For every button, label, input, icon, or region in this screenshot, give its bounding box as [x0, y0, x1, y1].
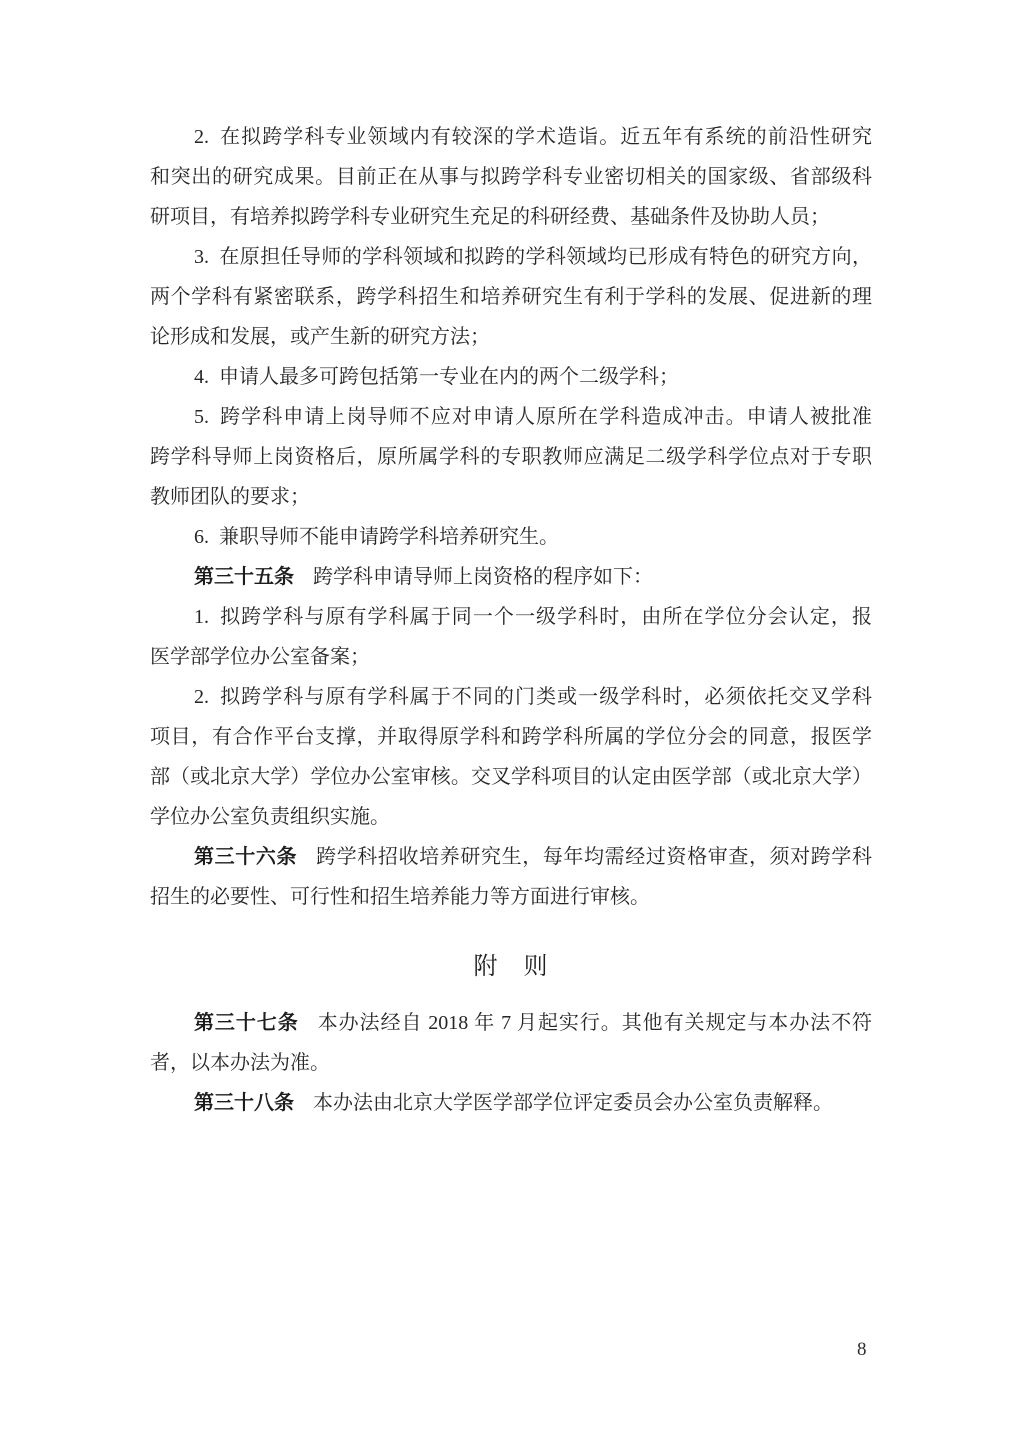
text-line: 第三十七条本办法经自 2018 年 7 月起实行。其他有关规定与本办法不符 [150, 1003, 872, 1043]
text-line: 5. 跨学科申请上岗导师不应对申请人原所在学科造成冲击。申请人被批准 [150, 397, 872, 437]
text-line: 2. 拟跨学科与原有学科属于不同的门类或一级学科时，必须依托交叉学科 [150, 677, 872, 717]
line-text: 跨学科申请导师上岗资格的程序如下： [313, 566, 653, 588]
text-line: 跨学科导师上岗资格后，原所属学科的专职教师应满足二级学科学位点对于专职 [150, 437, 872, 477]
text-line: 论形成和发展，或产生新的研究方法； [150, 317, 872, 357]
line-text: 本办法经自 2018 年 7 月起实行。其他有关规定与本办法不符 [318, 1012, 872, 1034]
article-number: 第三十八条 [194, 1092, 294, 1114]
article-number: 第三十七条 [194, 1012, 299, 1034]
text-line: 第三十六条跨学科招收培养研究生，每年均需经过资格审查，须对跨学科 [150, 837, 872, 877]
document-page: 2. 在拟跨学科专业领域内有较深的学术造诣。近五年有系统的前沿性研究和突出的研究… [0, 0, 1024, 1448]
text-line: 4. 申请人最多可跨包括第一专业在内的两个二级学科； [150, 357, 872, 397]
text-line: 第三十八条本办法由北京大学医学部学位评定委员会办公室负责解释。 [150, 1083, 872, 1123]
text-line: 6. 兼职导师不能申请跨学科培养研究生。 [150, 517, 872, 557]
text-line: 和突出的研究成果。目前正在从事与拟跨学科专业密切相关的国家级、省部级科 [150, 157, 872, 197]
text-line: 研项目，有培养拟跨学科专业研究生充足的科研经费、基础条件及协助人员； [150, 197, 872, 237]
text-line: 医学部学位办公室备案； [150, 637, 872, 677]
page-number: 8 [857, 1338, 867, 1362]
text-line: 2. 在拟跨学科专业领域内有较深的学术造诣。近五年有系统的前沿性研究 [150, 117, 872, 157]
text-line: 1. 拟跨学科与原有学科属于同一个一级学科时，由所在学位分会认定，报 [150, 597, 872, 637]
document-body: 2. 在拟跨学科专业领域内有较深的学术造诣。近五年有系统的前沿性研究和突出的研究… [150, 117, 872, 1123]
chapter-heading: 附 则 [150, 947, 872, 987]
article-number: 第三十五条 [194, 566, 294, 588]
text-line: 两个学科有紧密联系，跨学科招生和培养研究生有利于学科的发展、促进新的理 [150, 277, 872, 317]
text-line: 教师团队的要求； [150, 477, 872, 517]
article-number: 第三十六条 [194, 846, 297, 868]
text-line: 招生的必要性、可行性和招生培养能力等方面进行审核。 [150, 877, 872, 917]
line-text: 本办法由北京大学医学部学位评定委员会办公室负责解释。 [313, 1092, 833, 1114]
text-line: 部（或北京大学）学位办公室审核。交叉学科项目的认定由医学部（或北京大学） [150, 757, 872, 797]
text-line: 3. 在原担任导师的学科领域和拟跨的学科领域均已形成有特色的研究方向， [150, 237, 872, 277]
line-text: 跨学科招收培养研究生，每年均需经过资格审查，须对跨学科 [316, 846, 872, 868]
text-line: 学位办公室负责组织实施。 [150, 797, 872, 837]
text-line: 者，以本办法为准。 [150, 1043, 872, 1083]
text-line: 第三十五条跨学科申请导师上岗资格的程序如下： [150, 557, 872, 597]
text-line: 项目，有合作平台支撑，并取得原学科和跨学科所属的学位分会的同意，报医学 [150, 717, 872, 757]
